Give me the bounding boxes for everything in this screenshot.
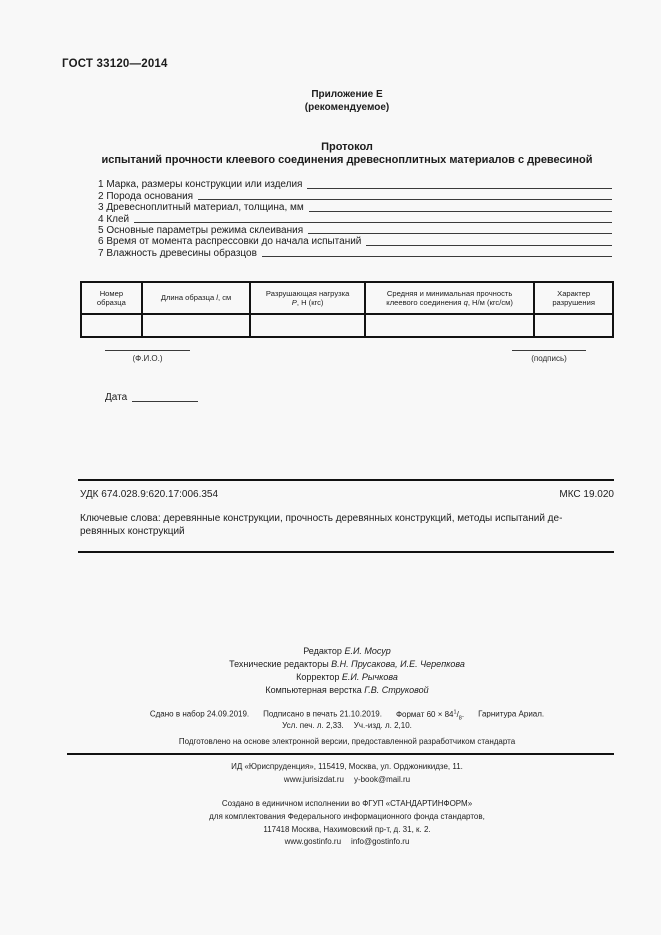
annex-label: Приложение Е — [80, 89, 614, 102]
fio-signature-block: (Ф.И.О.) — [105, 343, 190, 363]
header-line: Номер — [85, 289, 138, 299]
header-line: разрушения — [538, 298, 609, 308]
format-text: Формат 60 × 84 — [396, 710, 454, 719]
colophon-prepared-note: Подготовлено на основе электронной верси… — [80, 737, 614, 746]
credit-name: Г.В. Струковой — [364, 685, 428, 695]
divider-rule-top — [78, 479, 614, 481]
form-field-label: 6 Время от момента распрессовки до начал… — [98, 236, 361, 247]
header-line: образца — [85, 298, 138, 308]
colophon-usl: Усл. печ. л. 2,33. — [282, 721, 344, 730]
credit-editor: Редактор Е.И. Мосур — [80, 645, 614, 658]
form-field-blank-line — [366, 245, 612, 246]
table-header-specimen-number: Номер образца — [81, 282, 142, 314]
protocol-form-list: 1 Марка, размеры конструкции или изделия… — [98, 179, 612, 259]
form-field-label: 3 Древесноплитный материал, толщина, мм — [98, 202, 304, 213]
table-header-failure-character: Характер разрушения — [534, 282, 613, 314]
date-row: Дата — [105, 392, 198, 403]
header-text: , Н (кгс) — [297, 298, 324, 307]
table-header-breaking-load: Разрушающая нагрузка P, Н (кгс) — [250, 282, 365, 314]
colophon-line-1: Сдано в набор 24.09.2019.Подписано в печ… — [40, 709, 654, 721]
credit-name: Е.И. Рычкова — [342, 672, 398, 682]
credit-role: Технические редакторы — [229, 659, 331, 669]
form-field-blank-line — [308, 233, 612, 234]
udk-code: УДК 674.028.9:620.17:006.354 — [80, 489, 218, 500]
header-text: Длина образца — [161, 293, 216, 302]
table-cell-empty — [142, 314, 251, 337]
credits-block: Редактор Е.И. Мосур Технические редактор… — [80, 645, 614, 697]
credit-corrector: Корректор Е.И. Рычкова — [80, 671, 614, 684]
form-field-row: 5 Основные параметры режима склеивания — [98, 225, 612, 236]
header-text: клеевого соединения — [386, 298, 463, 307]
form-field-row: 4 Клей — [98, 213, 612, 224]
header-line: Характер — [538, 289, 609, 299]
form-field-label: 1 Марка, размеры конструкции или изделия — [98, 179, 302, 190]
publisher-email: y-book@mail.ru — [354, 775, 410, 784]
fio-label: (Ф.И.О.) — [105, 351, 190, 363]
annex-note: (рекомендуемое) — [80, 102, 614, 115]
form-field-blank-line — [134, 222, 612, 223]
document-page: ГОСТ 33120—2014 Приложение Е (рекомендуе… — [0, 0, 661, 935]
divider-rule-mid — [78, 551, 614, 553]
standartinform-line: Создано в единичном исполнении во ФГУП «… — [80, 798, 614, 811]
credit-name: Е.И. Мосур — [344, 646, 390, 656]
signature-line — [512, 343, 586, 351]
table-header-specimen-length: Длина образца l, см — [142, 282, 251, 314]
colophon-typeface: Гарнитура Ариал. — [478, 710, 544, 719]
form-field-label: 5 Основные параметры режима склеивания — [98, 225, 303, 236]
format-end: . — [462, 710, 464, 719]
form-field-blank-line — [309, 211, 612, 212]
colophon-print-date: Подписано в печать 21.10.2019. — [263, 710, 382, 719]
credit-role: Корректор — [296, 672, 342, 682]
publisher-jurisprudence-block: ИД «Юриспруденция», 115419, Москва, ул. … — [80, 760, 614, 786]
colophon-line-2: Усл. печ. л. 2,33.Уч.-изд. л. 2,10. — [80, 721, 614, 730]
header-text: , см — [218, 293, 231, 302]
form-field-blank-line — [262, 256, 612, 257]
standartinform-email: info@gostinfo.ru — [351, 837, 409, 846]
credit-name: В.Н. Прусакова, И.Е. Черепкова — [331, 659, 465, 669]
colophon-format: Формат 60 × 841/8. — [396, 710, 464, 719]
doc-number: ГОСТ 33120—2014 — [62, 58, 168, 70]
classification-row: УДК 674.028.9:620.17:006.354 МКС 19.020 — [80, 489, 614, 500]
keywords-line: ревянных конструкций — [80, 526, 614, 539]
fio-signature-line — [105, 343, 190, 351]
table-cell-empty — [250, 314, 365, 337]
credit-role: Компьютерная верстка — [265, 685, 364, 695]
table-header-bond-strength: Средняя и минимальная прочность клеевого… — [365, 282, 534, 314]
table-header-row: Номер образца Длина образца l, см Разруш… — [81, 282, 613, 314]
form-field-label: 4 Клей — [98, 214, 129, 225]
table-data-row — [81, 314, 613, 337]
form-field-row: 6 Время от момента распрессовки до начал… — [98, 236, 612, 247]
standartinform-contacts: www.gostinfo.ruinfo@gostinfo.ru — [80, 836, 614, 849]
form-field-row: 3 Древесноплитный материал, толщина, мм — [98, 202, 612, 213]
divider-rule-bottom — [67, 753, 614, 755]
standartinform-website: www.gostinfo.ru — [285, 837, 341, 846]
form-field-blank-line — [198, 199, 612, 200]
publisher-address: ИД «Юриспруденция», 115419, Москва, ул. … — [80, 760, 614, 773]
date-label: Дата — [105, 392, 127, 403]
protocol-table: Номер образца Длина образца l, см Разруш… — [80, 281, 614, 338]
table-cell-empty — [534, 314, 613, 337]
colophon-set-date: Сдано в набор 24.09.2019. — [150, 710, 249, 719]
form-field-row: 7 Влажность древесины образцов — [98, 247, 612, 258]
signature-label: (подпись) — [512, 351, 586, 363]
standartinform-address: 117418 Москва, Нахимовский пр-т, д. 31, … — [80, 824, 614, 837]
header-text: , Н/м (кгс/см) — [468, 298, 513, 307]
protocol-title: Протокол — [64, 141, 630, 154]
table-cell-empty — [81, 314, 142, 337]
publisher-contacts: www.jurisizdat.ruy-book@mail.ru — [80, 773, 614, 786]
form-field-label: 7 Влажность древесины образцов — [98, 248, 257, 259]
form-field-blank-line — [307, 188, 612, 189]
header-line: Средняя и минимальная прочность — [369, 289, 530, 299]
annex-heading: Приложение Е (рекомендуемое) — [80, 89, 614, 114]
credit-layout: Компьютерная верстка Г.В. Струковой — [80, 684, 614, 697]
form-field-row: 2 Порода основания — [98, 190, 612, 201]
form-field-row: 1 Марка, размеры конструкции или изделия — [98, 179, 612, 190]
mks-code: МКС 19.020 — [559, 489, 614, 500]
keywords-paragraph: Ключевые слова: деревянные конструкции, … — [80, 513, 614, 538]
colophon-uch: Уч.-изд. л. 2,10. — [354, 721, 412, 730]
header-line: Разрушающая нагрузка — [254, 289, 361, 299]
date-blank-line — [132, 401, 198, 402]
credit-technical-editors: Технические редакторы В.Н. Прусакова, И.… — [80, 658, 614, 671]
credit-role: Редактор — [303, 646, 344, 656]
publisher-website: www.jurisizdat.ru — [284, 775, 344, 784]
keywords-line: Ключевые слова: деревянные конструкции, … — [80, 513, 614, 526]
form-field-label: 2 Порода основания — [98, 191, 193, 202]
standartinform-block: Создано в единичном исполнении во ФГУП «… — [80, 798, 614, 849]
signature-block: (подпись) — [512, 343, 586, 363]
table-cell-empty — [365, 314, 534, 337]
standartinform-line: для комплектования Федерального информац… — [80, 811, 614, 824]
protocol-subtitle: испытаний прочности клеевого соединения … — [64, 154, 630, 167]
protocol-title-block: Протокол испытаний прочности клеевого со… — [64, 141, 630, 166]
